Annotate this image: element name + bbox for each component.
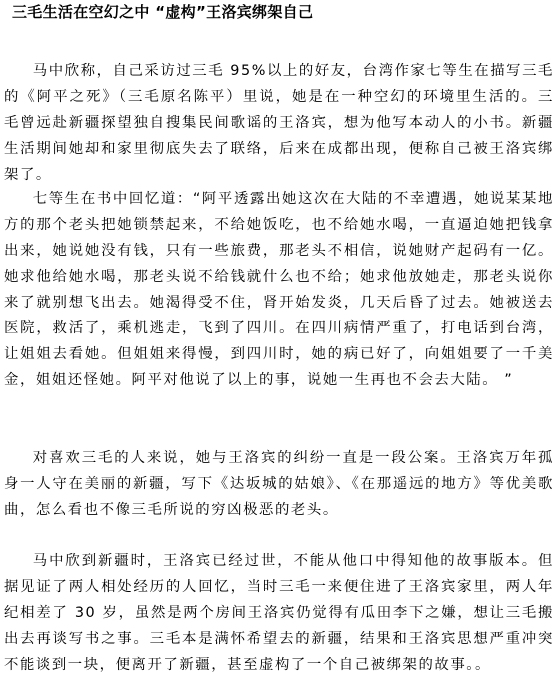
paragraph-2: 七等生在书中回忆道：“阿平透露出她这次在大陆的不幸遭遇，她说某某地方的那个老头把… [4,187,554,393]
paragraph-4: 马中欣到新疆时，王洛宾已经过世，不能从他口中得知他的故事版本。但据见证了两人相处… [4,549,554,678]
paragraph-3: 对喜欢三毛的人来说，她与王洛宾的纠纷一直是一段公案。王洛宾万年孤身一人守在美丽的… [4,446,554,523]
paragraph-1: 马中欣称，自己采访过三毛 95%以上的好友，台湾作家七等生在描写三毛的《阿平之死… [4,59,554,188]
article-title: 三毛生活在空幻之中 “虚构”王洛宾绑架自己 [12,1,313,23]
